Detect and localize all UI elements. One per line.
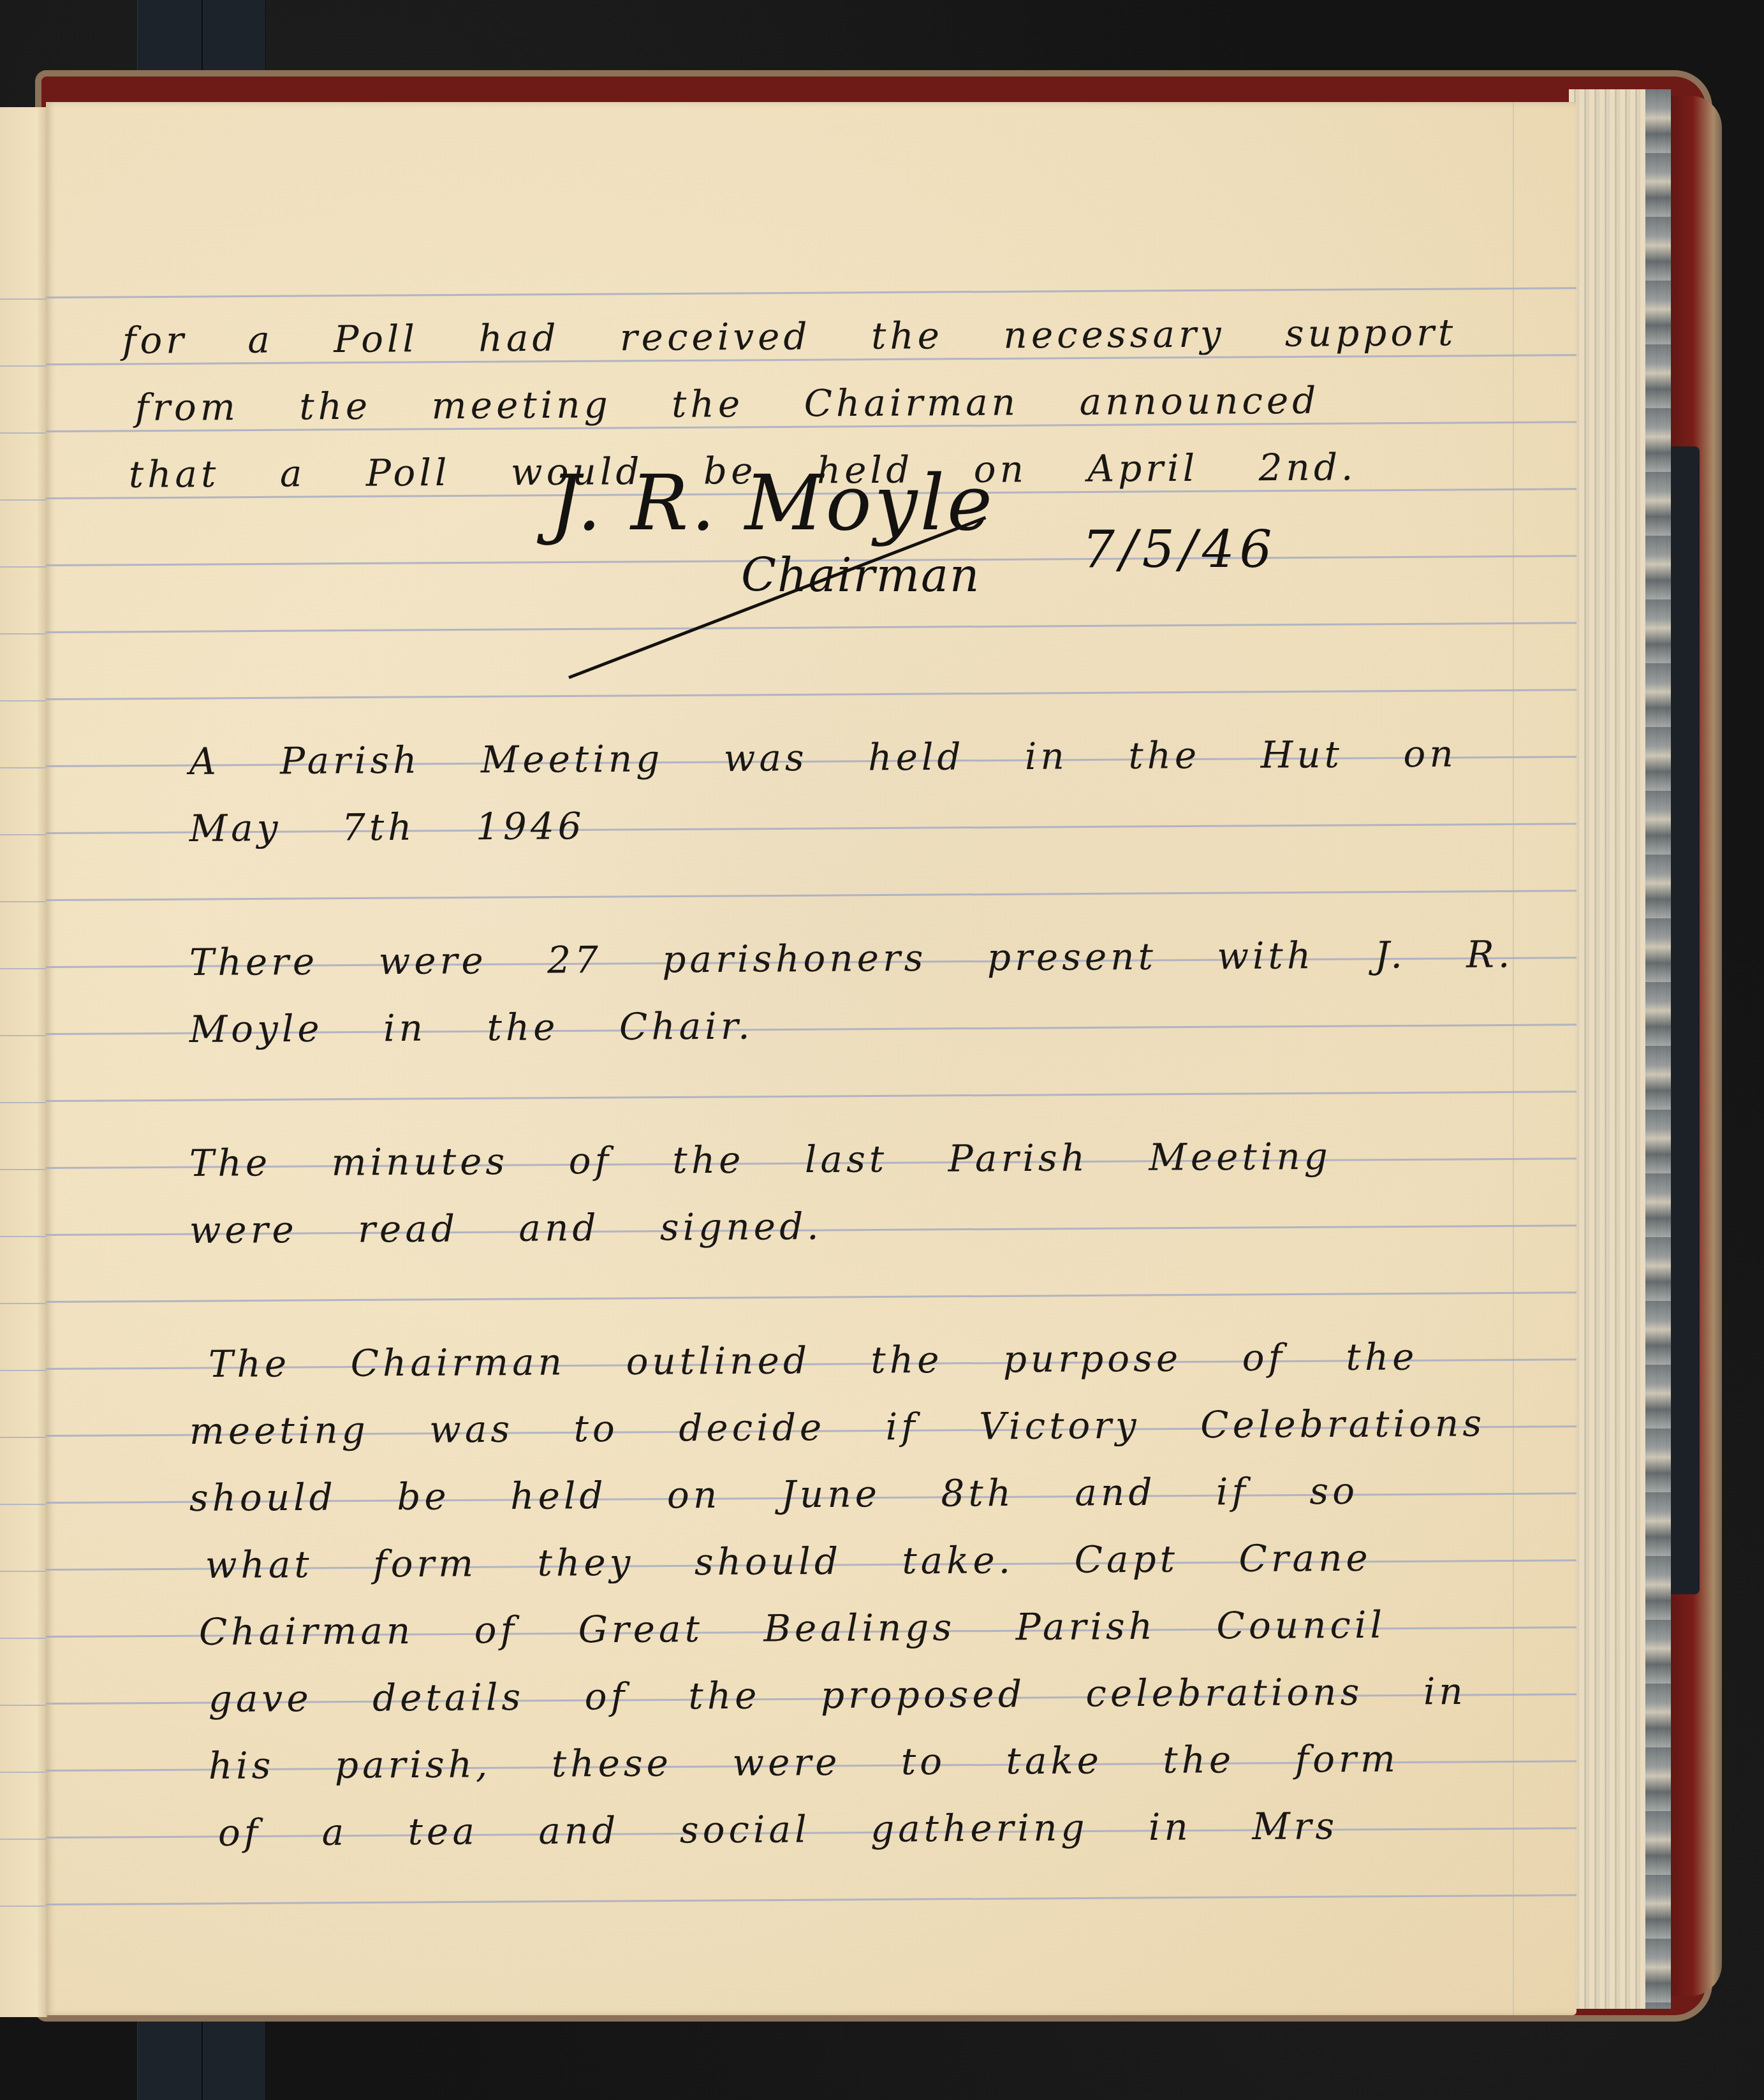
ruled-line: [0, 1035, 46, 1036]
chairman-signature: J. R. Moyle: [550, 459, 995, 548]
ruled-line: [0, 1571, 46, 1572]
ruled-line: [0, 1772, 46, 1773]
ruled-line: [0, 1102, 46, 1103]
minutes-line: A Parish Meeting was held in the Hut on: [189, 732, 1457, 783]
minutes-line: Moyle in the Chair.: [189, 1004, 754, 1051]
ruled-line: [0, 1705, 46, 1706]
ruled-line: [0, 1638, 46, 1639]
binding-band: [1668, 446, 1700, 1594]
page-edge-stack: [1569, 89, 1671, 2009]
minutes-line: There were 27 parishoners present with J…: [189, 932, 1514, 984]
ruled-line: [0, 499, 46, 501]
continuation-line-1: for a Poll had received the necessary su…: [122, 311, 1457, 362]
ruled-line: [0, 298, 46, 300]
ruled-line: [0, 901, 46, 902]
notebook-page: for a Poll had received the necessary su…: [46, 102, 1577, 2015]
signature-date: 7/5/46: [1082, 520, 1277, 579]
ruled-line: [0, 834, 46, 835]
signature-title: Chairman: [741, 548, 980, 602]
ruled-line: [0, 633, 46, 635]
ruled-line: [0, 1839, 46, 1840]
ruled-line: [0, 1236, 46, 1237]
ruled-line: [0, 432, 46, 434]
ruled-line: [0, 365, 46, 367]
minutes-line: The minutes of the last Parish Meeting: [189, 1134, 1332, 1185]
minutes-line: gave details of the proposed celebration…: [209, 1670, 1467, 1721]
minutes-line: should be held on June 8th and if so: [189, 1469, 1359, 1520]
ruled-line: [0, 968, 46, 969]
ruled-line: [0, 1504, 46, 1505]
minutes-line: meeting was to decide if Victory Celebra…: [189, 1402, 1486, 1453]
bookmark-ribbon-bottom: [137, 2015, 266, 2100]
ruled-line: [0, 700, 46, 701]
minutes-line: were read and signed.: [189, 1205, 823, 1252]
ruled-line: [0, 767, 46, 768]
minutes-line: The Chairman outlined the purpose of the: [209, 1335, 1418, 1386]
minutes-line: what form they should take. Capt Crane: [205, 1536, 1372, 1587]
ruled-line: [0, 1303, 46, 1304]
left-page-edge: [0, 107, 47, 2017]
ruled-line: [0, 566, 46, 568]
ruled-line: [46, 287, 1577, 298]
ruled-line: [46, 1894, 1577, 1905]
ruled-line: [0, 1905, 46, 1907]
page-margin-line: [1513, 102, 1514, 2015]
ruled-line: [0, 1169, 46, 1170]
ruled-line: [0, 1370, 46, 1371]
minutes-line: his parish, these were to take the form: [209, 1737, 1399, 1788]
marbled-edge: [1645, 89, 1671, 2009]
ruled-line: [0, 1437, 46, 1438]
continuation-line-2: from the meeting the Chairman announced: [135, 379, 1320, 429]
minutes-line: Chairman of Great Bealings Parish Counci…: [199, 1603, 1386, 1654]
minutes-line: May 7th 1946: [189, 804, 585, 850]
minutes-line: of a tea and social gathering in Mrs: [218, 1804, 1339, 1854]
